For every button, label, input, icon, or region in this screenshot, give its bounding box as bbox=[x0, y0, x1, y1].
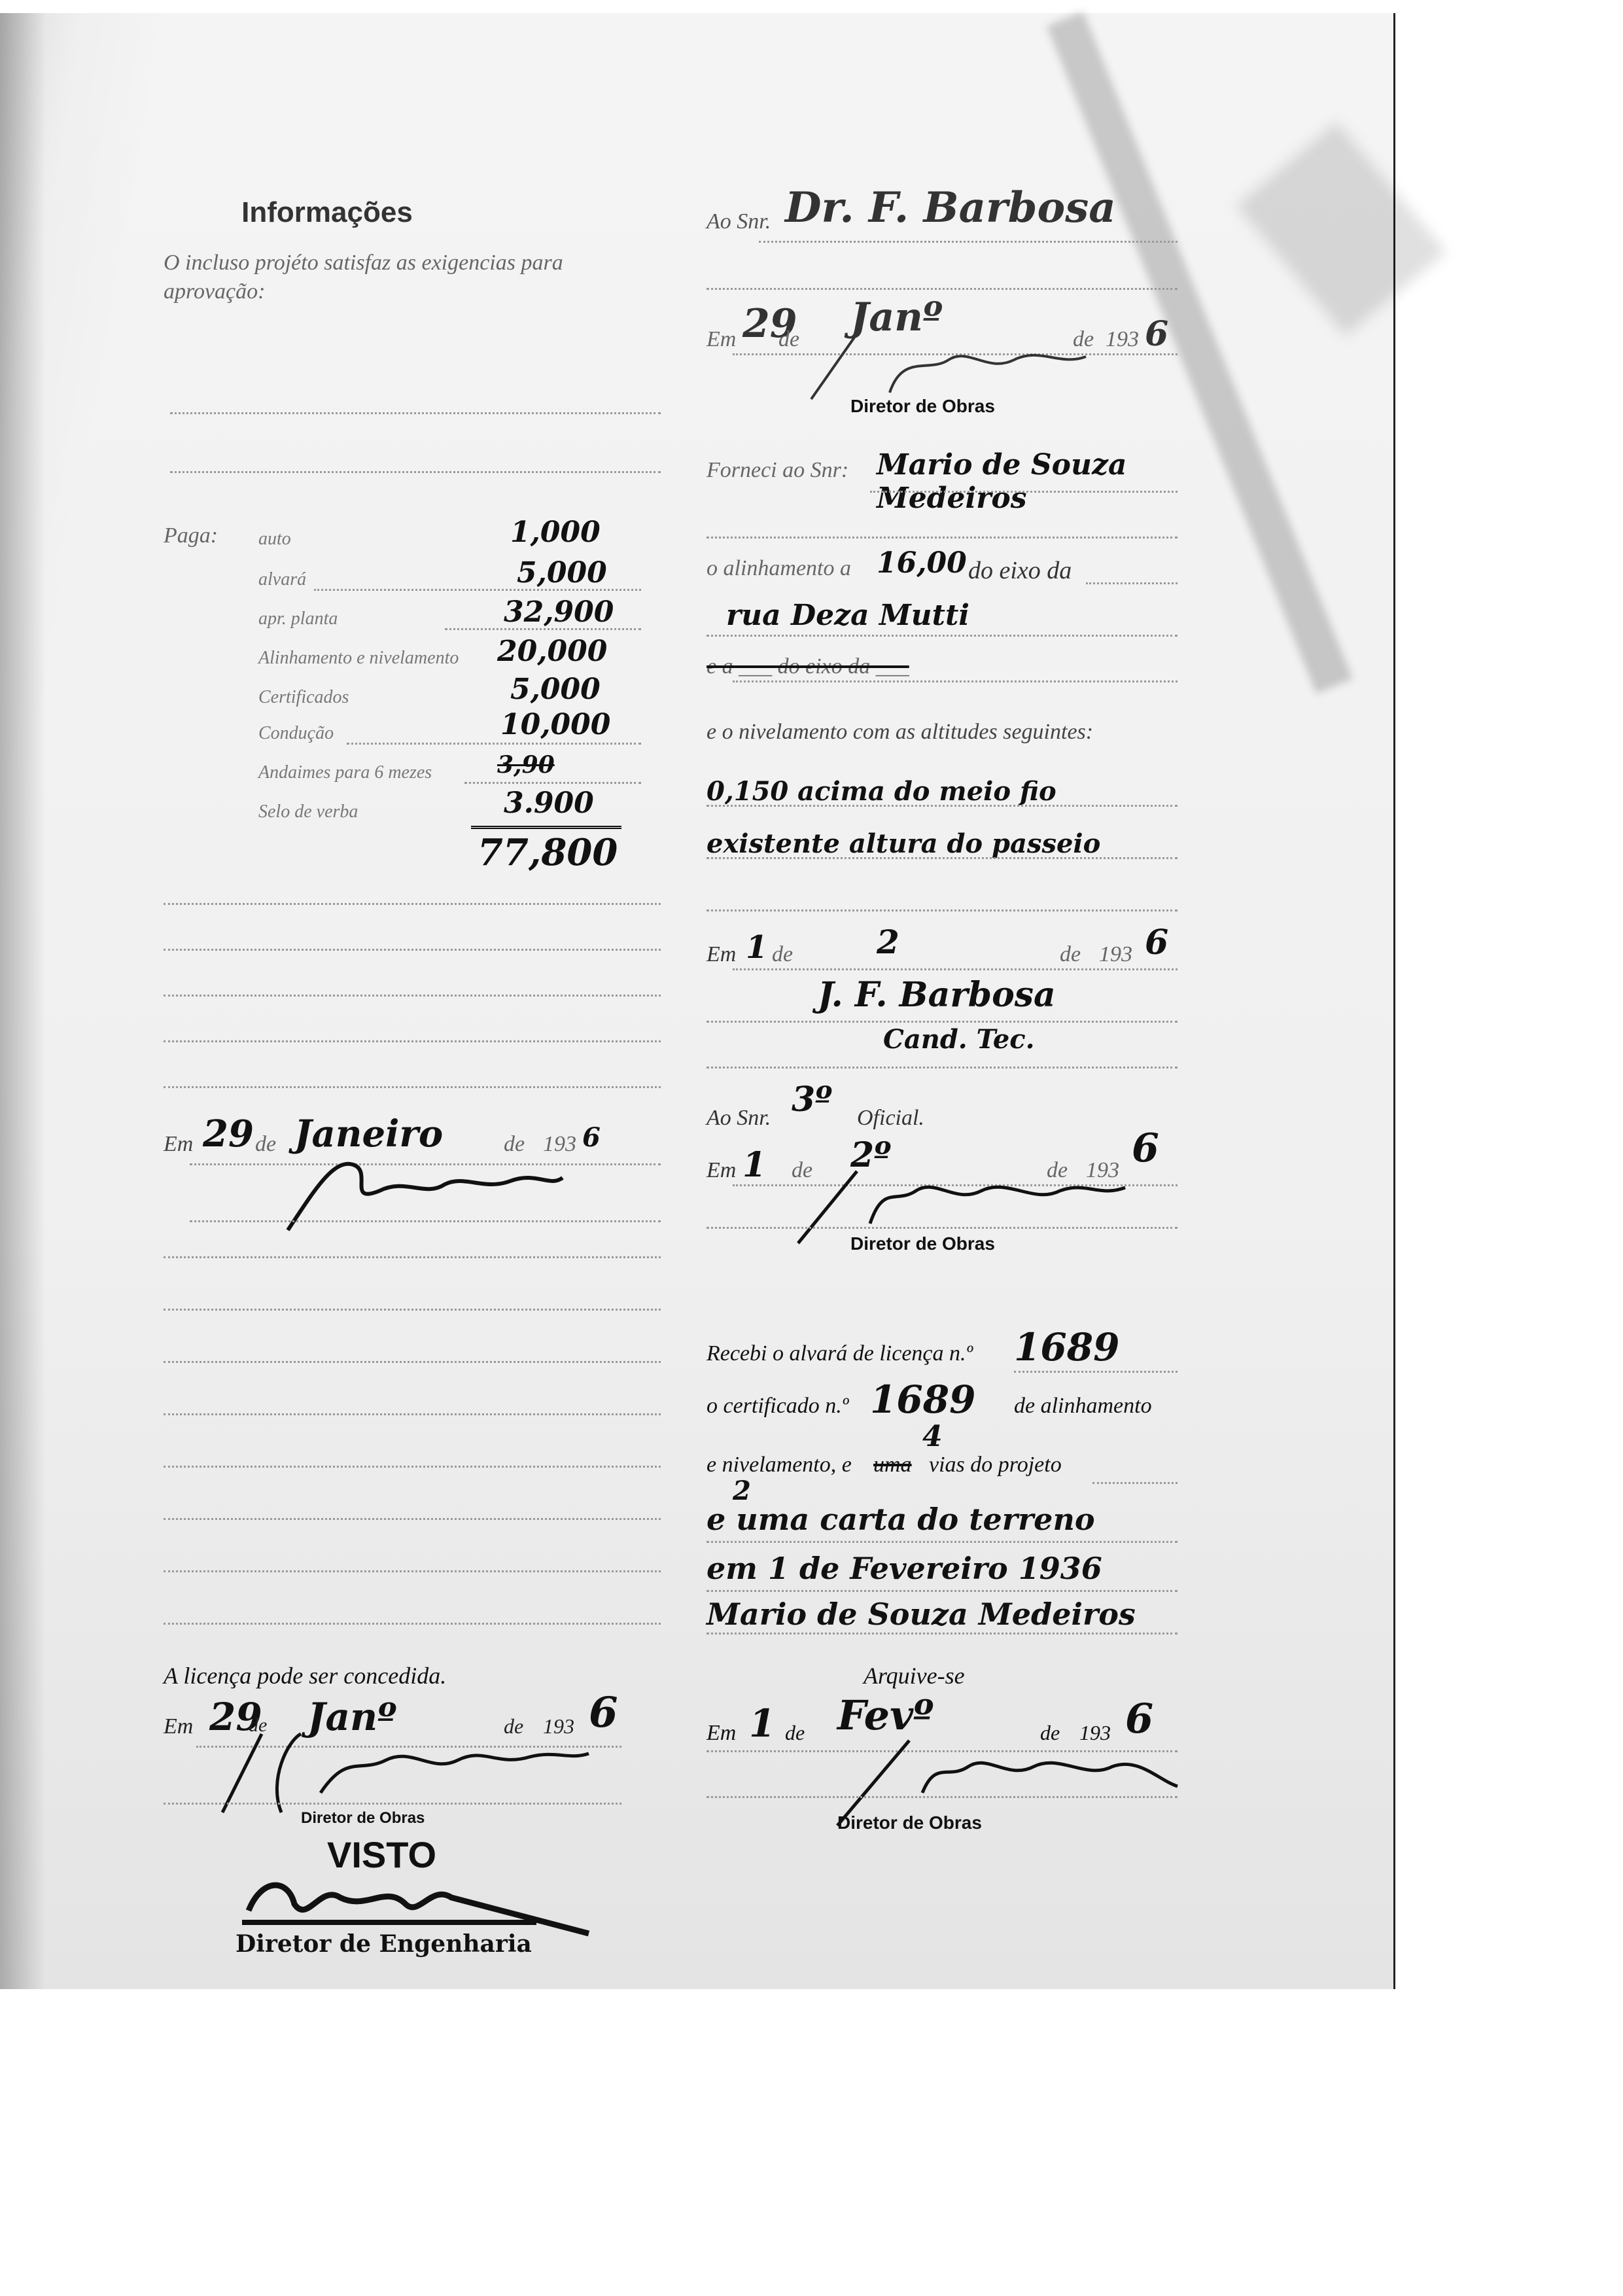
ao-snr-label: Ao Snr. bbox=[707, 1106, 771, 1131]
receipt-block: Recebi o alvará de licença n.º 1689 o ce… bbox=[707, 1328, 1230, 1603]
field-line bbox=[870, 491, 1178, 493]
de-label: de bbox=[1060, 942, 1081, 967]
role-label-diretor-engenharia: Diretor de Engenharia bbox=[236, 1930, 532, 1958]
day-value: 29 bbox=[203, 1112, 254, 1156]
fee-label-alinhamento: Alinhamento e nivelamento bbox=[258, 648, 459, 669]
field-line bbox=[707, 1067, 1178, 1069]
field-line bbox=[1014, 1371, 1178, 1373]
field-line bbox=[707, 1021, 1178, 1023]
field-line bbox=[759, 241, 1178, 243]
de-label: de bbox=[772, 942, 793, 967]
em-label: Em bbox=[707, 327, 736, 352]
receipt-handwritten-line-2: em 1 de Fevereiro 1936 bbox=[707, 1551, 1102, 1586]
struck-line: e a ___ do eixo da ___ bbox=[707, 654, 909, 679]
receipt-signature: Mario de Souza Medeiros bbox=[707, 1597, 1136, 1632]
role-label-diretor-obras: Diretor de Obras bbox=[301, 1809, 425, 1828]
blank-line bbox=[164, 1309, 661, 1311]
visto-stamp: VISTO bbox=[327, 1833, 436, 1876]
visto-signature bbox=[236, 1871, 602, 1937]
forneci-label: Forneci ao Snr: bbox=[707, 458, 848, 483]
field-line bbox=[707, 635, 1178, 637]
certificate-number: 1689 bbox=[870, 1377, 975, 1422]
em-label: Em bbox=[164, 1132, 193, 1157]
field-line bbox=[707, 1796, 1178, 1798]
blank-line bbox=[164, 949, 661, 951]
fee-label-alvara: alvará bbox=[258, 569, 306, 590]
fee-total: 77,800 bbox=[478, 831, 618, 874]
field-line bbox=[707, 910, 1178, 911]
blank-line bbox=[164, 1086, 661, 1088]
blank-line bbox=[164, 1466, 661, 1468]
fee-value-alvara: 5,000 bbox=[517, 556, 607, 590]
fee-label-selo: Selo de verba bbox=[258, 802, 358, 822]
scanned-document-page: Informações O incluso projéto satisfaz a… bbox=[0, 13, 1395, 1989]
oficial-label: Oficial. bbox=[857, 1106, 924, 1131]
field-line bbox=[707, 1541, 1178, 1543]
page-edge-shadow bbox=[0, 13, 46, 1989]
archive-block: Arquive-se Em 1 de Fevº de 193 6 Diretor… bbox=[707, 1655, 1204, 1852]
informacoes-heading: Informações bbox=[131, 196, 523, 229]
day-value: 1 bbox=[742, 1145, 766, 1185]
signature-scribble bbox=[772, 327, 1164, 406]
year-suffix: 6 bbox=[1145, 923, 1168, 963]
nivelamento-label: e o nivelamento com as altitudes seguint… bbox=[707, 720, 1093, 745]
field-line bbox=[707, 805, 1178, 807]
receipt-handwritten-line-1: e uma carta do terreno bbox=[707, 1502, 1095, 1537]
eixo-label: do eixo da bbox=[968, 556, 1072, 585]
day-value: 1 bbox=[746, 929, 767, 966]
fee-value-andaimes-struck: 3,90 bbox=[497, 751, 555, 779]
role-label-diretor-obras: Diretor de Obras bbox=[850, 1233, 995, 1254]
em-label: Em bbox=[164, 1714, 193, 1739]
arquive-se-label: Arquive-se bbox=[864, 1662, 965, 1689]
corner-stain bbox=[1236, 122, 1446, 336]
approval-block: A licença pode ser concedida. Em 29 de J… bbox=[164, 1662, 661, 2002]
month-value: Janeiro bbox=[294, 1112, 443, 1156]
date-line bbox=[164, 1803, 621, 1805]
field-line bbox=[1092, 1482, 1178, 1484]
fee-label-conducao: Condução bbox=[258, 723, 334, 744]
field-line bbox=[707, 288, 1178, 290]
signature-barbosa: J. F. Barbosa bbox=[818, 975, 1056, 1015]
blank-line bbox=[164, 1040, 661, 1042]
blank-line bbox=[164, 1256, 661, 1258]
supplied-to-value: Mario de Souza Medeiros bbox=[877, 448, 1204, 515]
field-line bbox=[733, 968, 1178, 970]
certificado-label: o certificado n.º bbox=[707, 1394, 848, 1419]
blank-line bbox=[164, 995, 661, 997]
blank-line bbox=[164, 1570, 661, 1572]
fee-value-auto: 1,000 bbox=[510, 516, 601, 549]
year-prefix: 193 bbox=[1099, 942, 1132, 967]
blank-line bbox=[164, 1623, 661, 1625]
em-label: Em bbox=[707, 1158, 736, 1183]
vias-count: 4 bbox=[922, 1420, 943, 1453]
field-line bbox=[1086, 582, 1178, 584]
license-number: 1689 bbox=[1014, 1325, 1119, 1369]
total-rule bbox=[471, 826, 621, 829]
month-value: Fevº bbox=[837, 1691, 934, 1739]
date-line bbox=[190, 1220, 661, 1222]
fee-value-certificados: 5,000 bbox=[510, 673, 601, 706]
left-date-block: Em 29 de Janeiro de 193 6 bbox=[164, 1112, 661, 1230]
approval-text: A licença pode ser concedida. bbox=[164, 1662, 446, 1689]
paga-label: Paga: bbox=[164, 523, 218, 548]
official-number: 3º bbox=[792, 1080, 832, 1120]
official-referral-block: Ao Snr. 3º Oficial. Em 1 de 2º de 193 6 … bbox=[707, 1073, 1204, 1269]
fees-table: Paga: auto 1,000 alvará 5,000 apr. plant… bbox=[170, 523, 667, 864]
fee-label-auto: auto bbox=[258, 529, 291, 550]
field-line bbox=[707, 537, 1178, 539]
fee-value-conducao: 10,000 bbox=[500, 708, 610, 741]
fee-value-apr-planta: 32,900 bbox=[504, 595, 614, 629]
field-line bbox=[733, 680, 1178, 682]
fee-label-andaimes: Andaimes para 6 mezes bbox=[258, 762, 432, 783]
alignment-value: 16,00 bbox=[877, 546, 967, 580]
struck-word: uma bbox=[873, 1453, 912, 1477]
de-label: de bbox=[255, 1132, 276, 1157]
alinhamento-label: de alinhamento bbox=[1014, 1394, 1152, 1419]
blank-line bbox=[164, 1413, 661, 1415]
referral-block: Ao Snr. Dr. F. Barbosa Em 29 de Janº de … bbox=[707, 196, 1204, 393]
field-line bbox=[707, 857, 1178, 859]
em-label: Em bbox=[707, 942, 736, 967]
field-line bbox=[707, 1590, 1178, 1592]
nivelamento-label: e nivelamento, e bbox=[707, 1453, 852, 1477]
fee-line bbox=[464, 782, 641, 784]
recebi-label: Recebi o alvará de licença n.º bbox=[707, 1341, 973, 1366]
year-suffix: 6 bbox=[582, 1122, 601, 1153]
role-cand-tec: Cand. Tec. bbox=[883, 1024, 1035, 1055]
leveling-note: 0,150 acima do meio fio existente altura… bbox=[707, 766, 1191, 870]
vias-label: vias do projeto bbox=[929, 1453, 1062, 1477]
intro-text: O incluso projéto satisfaz as exigencias… bbox=[164, 249, 648, 306]
fee-value-selo: 3.900 bbox=[504, 786, 594, 820]
ao-snr-label: Ao Snr. bbox=[707, 209, 771, 234]
alignment-block: Forneci ao Snr: Mario de Souza Medeiros … bbox=[707, 451, 1204, 988]
blank-line bbox=[170, 471, 661, 473]
de-label: de bbox=[785, 1721, 805, 1745]
day-value: 1 bbox=[749, 1701, 775, 1746]
field-line bbox=[707, 1633, 1178, 1634]
blank-line bbox=[164, 903, 661, 905]
blank-line bbox=[164, 1361, 661, 1363]
blank-line bbox=[170, 412, 661, 414]
fee-line bbox=[347, 743, 641, 745]
role-label-diretor-obras: Diretor de Obras bbox=[837, 1812, 982, 1833]
street-value: rua Deza Mutti bbox=[726, 599, 969, 632]
fee-label-certificados: Certificados bbox=[258, 687, 349, 708]
addressee-value: Dr. F. Barbosa bbox=[785, 183, 1116, 232]
alinhamento-label: o alinhamento a bbox=[707, 556, 851, 581]
signature-scribble bbox=[275, 1152, 576, 1237]
fee-label-apr-planta: apr. planta bbox=[258, 609, 338, 629]
fee-value-alinhamento: 20,000 bbox=[497, 635, 607, 668]
em-label: Em bbox=[707, 1721, 736, 1746]
month-value: 2 bbox=[877, 923, 899, 961]
blank-line bbox=[164, 1518, 661, 1520]
field-line bbox=[707, 1227, 1178, 1229]
role-label-diretor-obras: Diretor de Obras bbox=[850, 396, 995, 417]
